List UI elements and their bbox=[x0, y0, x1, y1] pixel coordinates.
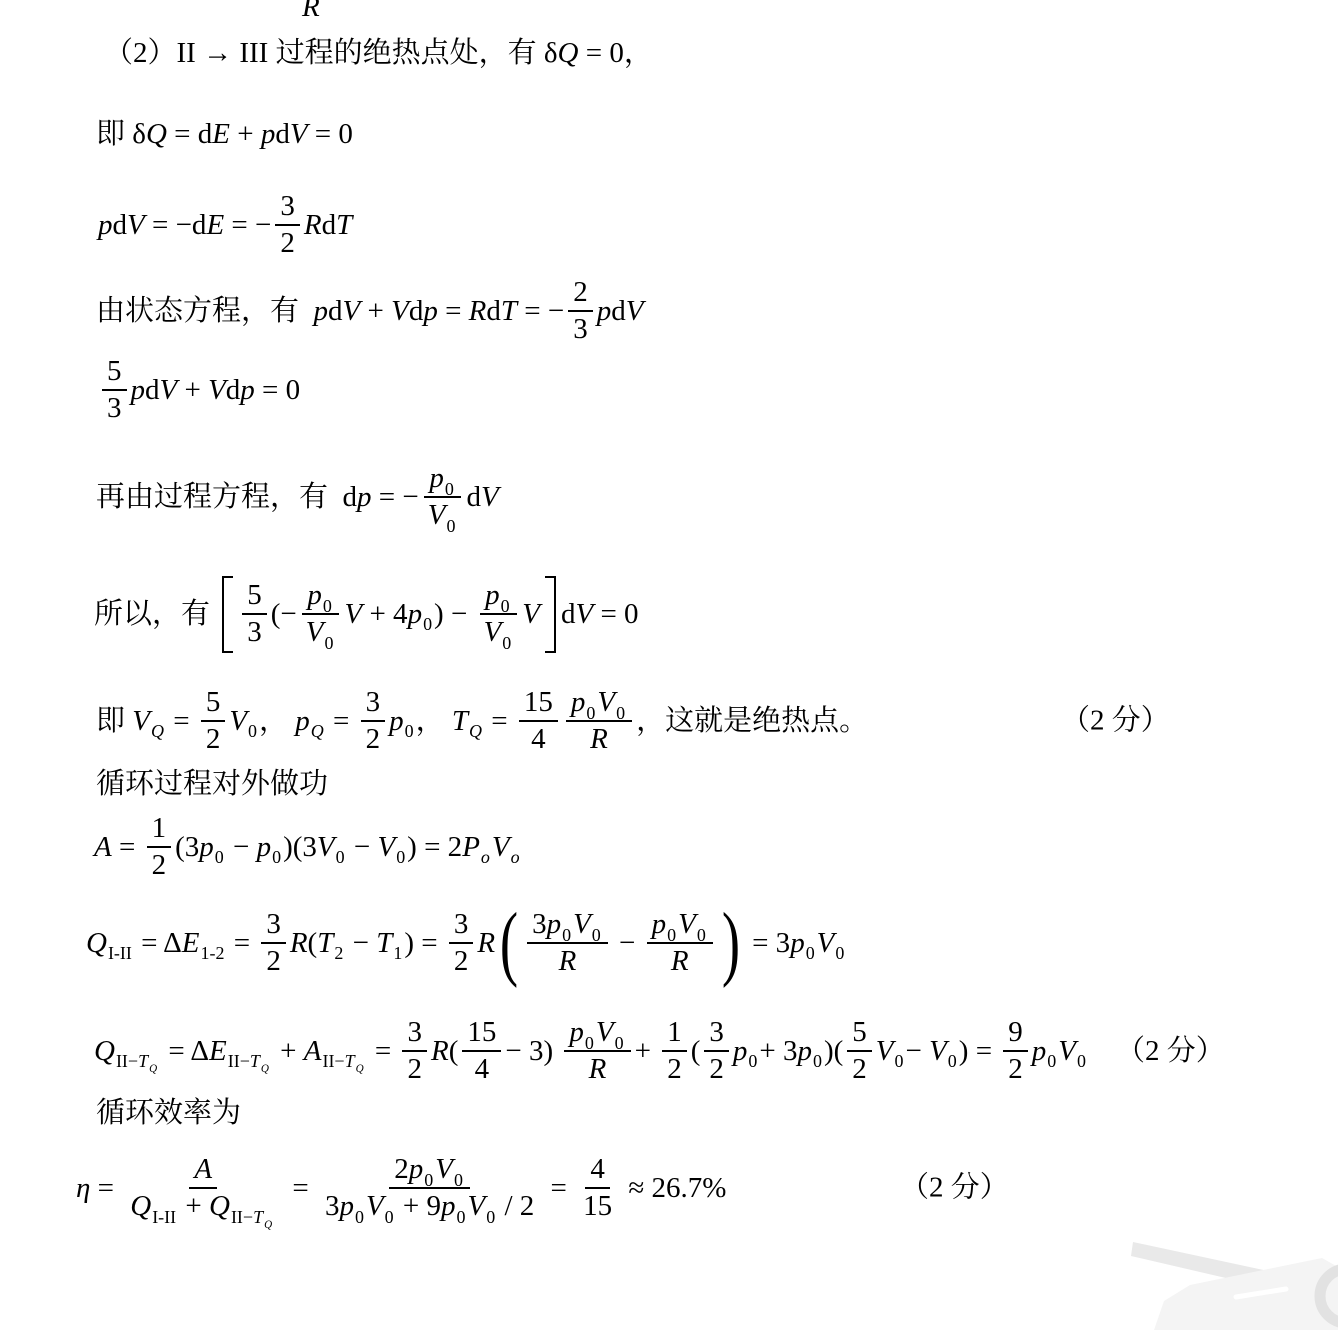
document-page: R（2）II → III 过程的绝热点处，有 δQ = 0，即 δQ = dE … bbox=[0, 0, 1338, 1330]
formula-efficiency: η = AQI-II + QII−TQ = 2p0V03p0V0 + 9p0V0… bbox=[76, 1153, 726, 1224]
formula-five-thirds: 53pdV + Vdp = 0 bbox=[98, 355, 300, 426]
formula-pdV: pdV = −dE = −32RdT bbox=[98, 190, 352, 261]
formula-adiabatic-point: 即 VQ = 52V0， pQ = 32p0， TQ = 154p0V0R，这就… bbox=[96, 686, 868, 757]
formula-state-equation: 由状态方程，有 pdV + Vdp = RdT = −23pdV bbox=[96, 276, 643, 347]
text-line-cycle-work: 循环过程对外做功 bbox=[96, 768, 328, 801]
formula-bracket-condition: 所以，有 53(−p0V0V + 4p0) − p0V0VdV = 0 bbox=[94, 576, 639, 653]
text-line-efficiency-heading: 循环效率为 bbox=[96, 1097, 241, 1130]
formula-Q-II-TQ: QII−TQ = ΔEII−TQ + AII−TQ = 32R(154− 3) … bbox=[94, 1016, 1225, 1087]
formula-process-equation: 再由过程方程，有 dp = −p0V0dV bbox=[96, 462, 499, 533]
formula-work-A: A = 12(3p0 − p0)(3V0 − V0) = 2PoVo bbox=[94, 812, 522, 883]
formula-Q-I-II: QI-II = ΔE1-2 = 32R(T2 − T1) = 32R(3p0V0… bbox=[86, 908, 846, 979]
watermark-graphic bbox=[858, 1200, 1338, 1330]
formula-fragment-R: R bbox=[302, 0, 320, 24]
formula-deltaQ: 即 δQ = dE + pdV = 0 bbox=[96, 118, 353, 151]
text-line-part2-heading: （2）II → III 过程的绝热点处，有 δQ = 0， bbox=[104, 37, 653, 70]
